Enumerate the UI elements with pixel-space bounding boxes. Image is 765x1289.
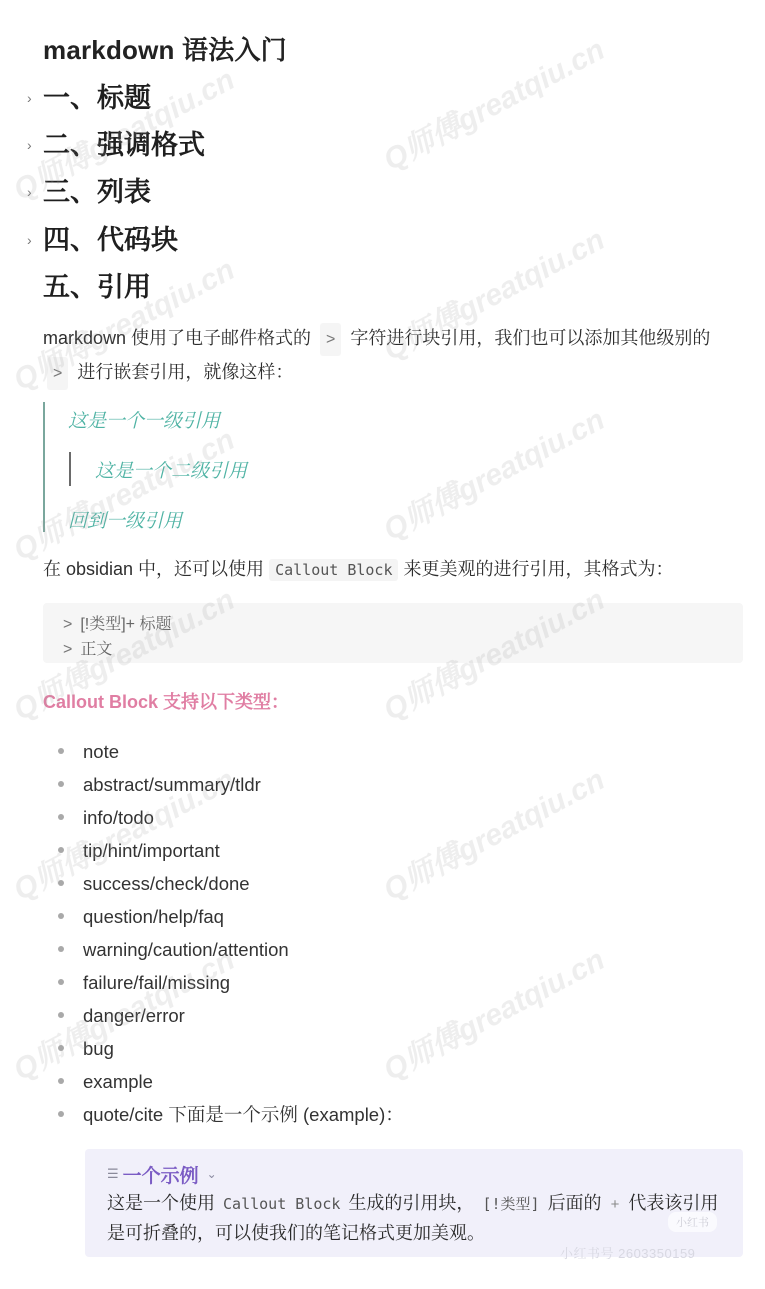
heading-1[interactable]: 一、标题 <box>43 78 151 118</box>
blockquote-back-level1: 回到一级引用 <box>68 506 182 533</box>
watermark: Q师傅greatqiu.cn <box>374 395 611 549</box>
intro-text-1: markdown 使用了电子邮件格式的 <box>43 328 311 348</box>
blockquote-level2: 这是一个二级引用 <box>95 456 247 483</box>
bullet-icon <box>58 946 64 952</box>
types-heading: Callout Block 支持以下类型： <box>43 688 289 714</box>
heading-2[interactable]: 二、强调格式 <box>43 125 205 165</box>
gt-marker: > <box>63 641 72 658</box>
bullet-icon <box>58 748 64 754</box>
heading-4[interactable]: 四、代码块 <box>43 220 178 260</box>
obsidian-text-2: 来更美观的进行引用，其格式为： <box>404 559 674 579</box>
callout-example: ☰ 一个示例 ⌄ 这是一个使用 Callout Block 生成的引用块， [!… <box>85 1149 743 1257</box>
watermark: Q师傅greatqiu.cn <box>374 25 611 179</box>
heading-5[interactable]: 五、引用 <box>43 267 151 307</box>
watermark-badge: 小红书 <box>668 1212 717 1232</box>
chevron-right-icon[interactable]: › <box>27 220 39 260</box>
chevron-right-icon[interactable]: › <box>27 172 39 212</box>
watermark-id: 小红书号 2603350159 <box>560 1243 695 1262</box>
document-title: markdown 语法入门 <box>43 30 287 67</box>
bullet-icon <box>58 847 64 853</box>
bullet-icon <box>58 1012 64 1018</box>
callout-body: 这是一个使用 Callout Block 生成的引用块， [!类型] 后面的 +… <box>107 1189 727 1248</box>
code-block: >[!类型]+ 标题 >正文 <box>43 603 743 663</box>
inline-code-callout-block: Callout Block <box>269 559 398 581</box>
watermark: Q师傅greatqiu.cn <box>374 755 611 909</box>
callout-text: 这是一个使用 <box>107 1193 215 1213</box>
inline-code-type: [!类型] <box>479 1195 542 1213</box>
obsidian-text-1: 在 obsidian 中，还可以使用 <box>43 559 264 579</box>
callout-title: 一个示例 <box>123 1161 199 1188</box>
watermark: Q师傅greatqiu.cn <box>4 415 241 569</box>
callout-text: 后面的 <box>548 1193 602 1213</box>
callout-header[interactable]: ☰ 一个示例 ⌄ <box>107 1161 217 1187</box>
code-line-1: >[!类型]+ 标题 <box>63 611 171 634</box>
bullet-icon <box>58 1045 64 1051</box>
bullet-icon <box>58 1078 64 1084</box>
inline-code-callout-block: Callout Block <box>220 1195 343 1213</box>
intro-text-3: 进行嵌套引用，就像这样： <box>77 362 293 382</box>
inline-code-gt: > <box>320 323 341 356</box>
code-line-2-text: 正文 <box>80 641 112 658</box>
bullet-icon <box>58 880 64 886</box>
intro-paragraph: markdown 使用了电子邮件格式的 > 字符进行块引用，我们也可以添加其他级… <box>43 322 743 390</box>
blockquote-bar-level2 <box>69 452 71 486</box>
inline-code-gt: > <box>47 357 68 390</box>
list-icon: ☰ <box>107 1166 119 1182</box>
heading-3[interactable]: 三、列表 <box>43 172 151 212</box>
bullet-icon <box>58 781 64 787</box>
bullet-icon <box>58 979 64 985</box>
plus-code: + <box>611 1196 620 1213</box>
intro-text-2: 字符进行块引用，我们也可以添加其他级别的 <box>350 328 710 348</box>
bullet-icon <box>58 913 64 919</box>
chevron-down-icon[interactable]: ⌄ <box>207 1167 217 1181</box>
blockquote-bar-level1 <box>43 402 45 532</box>
chevron-right-icon[interactable]: › <box>27 125 39 165</box>
watermark: Q师傅greatqiu.cn <box>374 935 611 1089</box>
gt-marker: > <box>63 616 72 633</box>
chevron-right-icon[interactable]: › <box>27 78 39 118</box>
callout-text: 生成的引用块， <box>348 1193 474 1213</box>
code-line-1-text: [!类型]+ 标题 <box>80 616 171 633</box>
obsidian-paragraph: 在 obsidian 中，还可以使用 Callout Block 来更美观的进行… <box>43 553 743 587</box>
code-line-2: >正文 <box>63 636 112 659</box>
bullet-icon <box>58 1111 64 1117</box>
blockquote-level1: 这是一个一级引用 <box>68 406 220 433</box>
bullet-icon <box>58 814 64 820</box>
markdown-document: markdown 语法入门 › 一、标题 › 二、强调格式 › 三、列表 › 四… <box>0 0 765 1289</box>
